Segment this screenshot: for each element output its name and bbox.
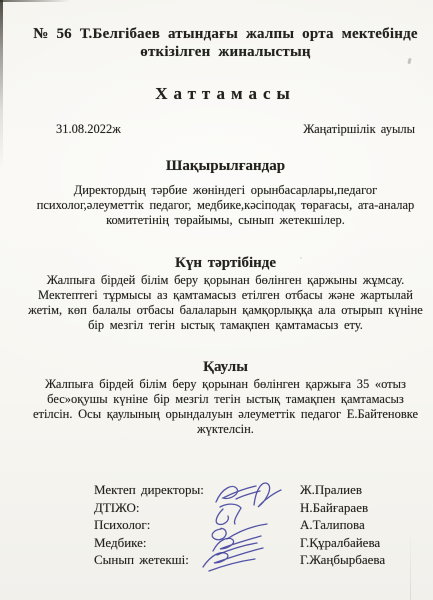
signature-name: Г.Құралбайева — [300, 534, 427, 552]
document-place: Жаңатіршілік ауылы — [303, 122, 415, 137]
handwritten-signatures-ink — [192, 475, 304, 575]
signature-name: Н.Байғараев — [300, 499, 427, 517]
document-title-line2: өткізілген жиналыстың — [24, 43, 427, 61]
date-place-row: 31.08.2022ж Жаңатіршілік ауылы — [24, 122, 427, 137]
document-title: № 56 Т.Белгібаев атындағы жалпы орта мек… — [24, 0, 427, 61]
signature-block: Мектеп директоры: Ж.Пралиев ДТІЖО: Н.Бай… — [24, 481, 427, 569]
document-content: № 56 Т.Белгібаев атындағы жалпы орта мек… — [24, 0, 427, 569]
section-heading-decision: Қаулы — [24, 359, 427, 376]
signature-name: Г.Жаңбырбаева — [300, 551, 427, 569]
section-body-invited: Директордың тәрбие жөніндегі орынбасарла… — [24, 183, 427, 228]
section-heading-agenda: Күн тәртібінде — [24, 255, 427, 272]
document-type-heading: Хаттамасы — [24, 84, 427, 104]
section-body-decision: Жалпыға бірдей білім беру қорынан бөлінг… — [24, 377, 427, 437]
document-title-line1: № 56 Т.Белгібаев атындағы жалпы орта мек… — [24, 25, 427, 43]
document-date: 31.08.2022ж — [56, 122, 121, 137]
section-heading-invited: Шақырылғандар — [24, 158, 427, 175]
signature-name: А.Талипова — [300, 516, 427, 534]
scanned-protocol-document: № 56 Т.Белгібаев атындағы жалпы орта мек… — [0, 0, 433, 600]
section-body-agenda: Жалпыға бірдей білім беру қорынан бөлінг… — [24, 273, 427, 333]
signature-name: Ж.Пралиев — [300, 481, 427, 499]
scan-edge-artifact — [0, 0, 3, 170]
